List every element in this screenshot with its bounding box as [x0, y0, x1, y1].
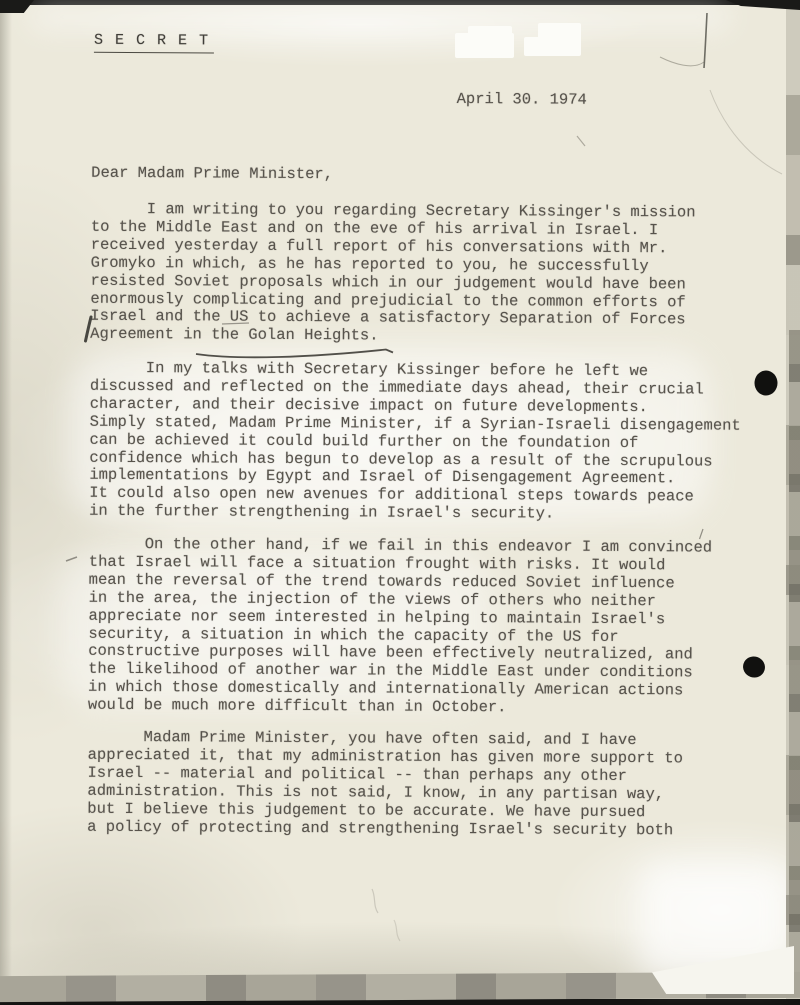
whiteout-patch: [468, 26, 512, 39]
date-line: April 30. 1974: [457, 91, 587, 110]
paragraph-2: In my talks with Secretary Kissinger bef…: [89, 360, 741, 525]
paragraph-1: I am writing to you regarding Secretary …: [90, 201, 695, 348]
paragraph-4: Madam Prime Minister, you have often sai…: [87, 729, 683, 840]
letter-body: S E C R E T April 30. 1974 Dear Madam Pr…: [87, 30, 798, 904]
scanned-letter-page: { "colors": { "paper": "#ece9db", "ink":…: [0, 0, 800, 1005]
classification-header: S E C R E T: [94, 32, 214, 54]
paragraph-3: On the other hand, if we fail in this en…: [88, 536, 712, 719]
salutation: Dear Madam Prime Minister,: [91, 165, 333, 184]
whiteout-patch: [538, 23, 581, 40]
scan-edge-left: [0, 5, 12, 999]
